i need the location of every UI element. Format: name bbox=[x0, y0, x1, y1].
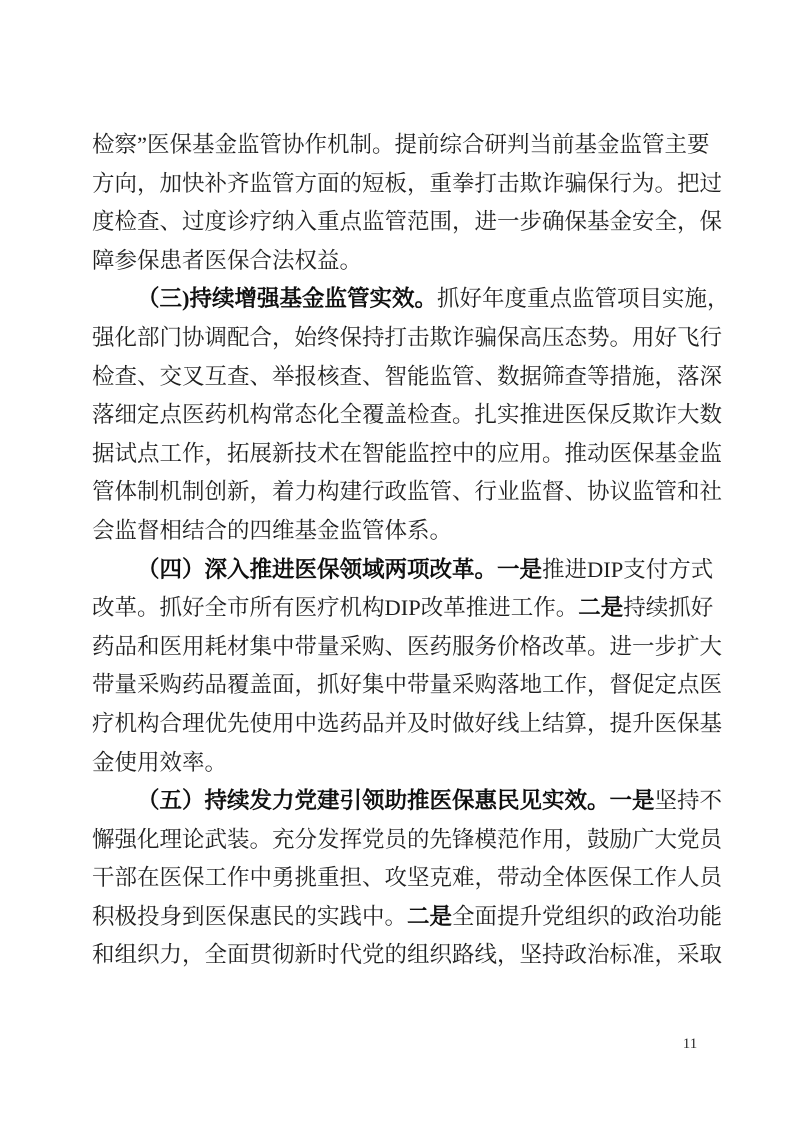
text-line: 懈强化理论武装。充分发挥党员的先锋模范作用，鼓励广大党员 bbox=[92, 821, 706, 860]
bold-text-segment: （三)持续增强基金监管实效。 bbox=[137, 286, 437, 311]
text-segment: 积极投身到医保惠民的实践中。 bbox=[92, 904, 407, 929]
text-line: 会监督相结合的四维基金监管体系。 bbox=[92, 512, 706, 551]
text-segment: 抓好年度重点监管项目实施， bbox=[437, 286, 730, 311]
text-segment: 持续抓好 bbox=[623, 595, 713, 620]
text-line: 干部在医保工作中勇挑重担、攻坚克难，带动全体医保工作人员 bbox=[92, 859, 706, 898]
page-number: 11 bbox=[678, 1035, 702, 1053]
text-line: 疗机构合理优先使用中选药品并及时做好线上结算，提升医保基 bbox=[92, 705, 706, 744]
text-line: 和组织力，全面贯彻新时代党的组织路线，坚持政治标准，采取 bbox=[92, 936, 706, 975]
bold-text-segment: （四）深入推进医保领域两项改革。一是 bbox=[137, 557, 542, 582]
bold-text-segment: 二是 bbox=[407, 904, 452, 929]
text-segment: 落细定点医药机构常态化全覆盖检查。扎实推进医保反欺诈大数 bbox=[92, 402, 722, 427]
text-line: 检查、交叉互查、举报核查、智能监管、数据筛查等措施，落深 bbox=[92, 358, 706, 397]
text-line: （三)持续增强基金监管实效。抓好年度重点监管项目实施， bbox=[92, 280, 706, 319]
text-segment: 干部在医保工作中勇挑重担、攻坚克难，带动全体医保工作人员 bbox=[92, 865, 722, 890]
text-line: 强化部门协调配合，始终保持打击欺诈骗保高压态势。用好飞行 bbox=[92, 319, 706, 358]
document-page: 检察”医保基金监管协作机制。提前综合研判当前基金监管主要方向，加快补齐监管方面的… bbox=[0, 0, 793, 1122]
text-segment: 药品和医用耗材集中带量采购、医药服务价格改革。进一步扩大 bbox=[92, 634, 722, 659]
text-segment: 改革。抓好全市所有医疗机构DIP改革推进工作。 bbox=[92, 595, 578, 620]
text-segment: 检察”医保基金监管协作机制。提前综合研判当前基金监管主要 bbox=[92, 132, 710, 157]
text-segment: 会监督相结合的四维基金监管体系。 bbox=[92, 518, 452, 543]
text-line: 带量采购药品覆盖面，抓好集中带量采购落地工作，督促定点医 bbox=[92, 666, 706, 705]
text-line: 方向，加快补齐监管方面的短板，重拳打击欺诈骗保行为。把过 bbox=[92, 165, 706, 204]
text-line: 据试点工作，拓展新技术在智能监控中的应用。推动医保基金监 bbox=[92, 435, 706, 474]
text-segment: 推进DIP支付方式 bbox=[542, 557, 713, 582]
text-segment: 方向，加快补齐监管方面的短板，重拳打击欺诈骗保行为。把过 bbox=[92, 171, 722, 196]
text-segment: 障参保患者医保合法权益。 bbox=[92, 248, 362, 273]
text-line: 落细定点医药机构常态化全覆盖检查。扎实推进医保反欺诈大数 bbox=[92, 396, 706, 435]
text-segment: 检查、交叉互查、举报核查、智能监管、数据筛查等措施，落深 bbox=[92, 364, 722, 389]
text-segment: 金使用效率。 bbox=[92, 750, 227, 775]
text-segment: 强化部门协调配合，始终保持打击欺诈骗保高压态势。用好飞行 bbox=[92, 325, 722, 350]
bold-text-segment: 二是 bbox=[578, 595, 623, 620]
text-line: 金使用效率。 bbox=[92, 744, 706, 783]
text-line: 积极投身到医保惠民的实践中。二是全面提升党组织的政治功能 bbox=[92, 898, 706, 937]
text-segment: 疗机构合理优先使用中选药品并及时做好线上结算，提升医保基 bbox=[92, 711, 722, 736]
text-segment: 坚持不 bbox=[655, 788, 723, 813]
text-segment: 懈强化理论武装。充分发挥党员的先锋模范作用，鼓励广大党员 bbox=[92, 827, 722, 852]
text-line: 度检查、过度诊疗纳入重点监管范围，进一步确保基金安全，保 bbox=[92, 203, 706, 242]
text-line: 检察”医保基金监管协作机制。提前综合研判当前基金监管主要 bbox=[92, 126, 706, 165]
text-line: 障参保患者医保合法权益。 bbox=[92, 242, 706, 281]
text-line: 管体制机制创新，着力构建行政监管、行业监督、协议监管和社 bbox=[92, 473, 706, 512]
text-segment: 度检查、过度诊疗纳入重点监管范围，进一步确保基金安全，保 bbox=[92, 209, 722, 234]
bold-text-segment: （五）持续发力党建引领助推医保惠民见实效。一是 bbox=[137, 788, 655, 813]
text-line: 药品和医用耗材集中带量采购、医药服务价格改革。进一步扩大 bbox=[92, 628, 706, 667]
text-segment: 据试点工作，拓展新技术在智能监控中的应用。推动医保基金监 bbox=[92, 441, 722, 466]
text-line: 改革。抓好全市所有医疗机构DIP改革推进工作。二是持续抓好 bbox=[92, 589, 706, 628]
text-line: （四）深入推进医保领域两项改革。一是推进DIP支付方式 bbox=[92, 551, 706, 590]
text-segment: 和组织力，全面贯彻新时代党的组织路线，坚持政治标准，采取 bbox=[92, 942, 722, 967]
document-body: 检察”医保基金监管协作机制。提前综合研判当前基金监管主要方向，加快补齐监管方面的… bbox=[92, 126, 706, 975]
text-segment: 管体制机制创新，着力构建行政监管、行业监督、协议监管和社 bbox=[92, 479, 722, 504]
text-segment: 带量采购药品覆盖面，抓好集中带量采购落地工作，督促定点医 bbox=[92, 672, 722, 697]
text-segment: 全面提升党组织的政治功能 bbox=[452, 904, 722, 929]
text-line: （五）持续发力党建引领助推医保惠民见实效。一是坚持不 bbox=[92, 782, 706, 821]
